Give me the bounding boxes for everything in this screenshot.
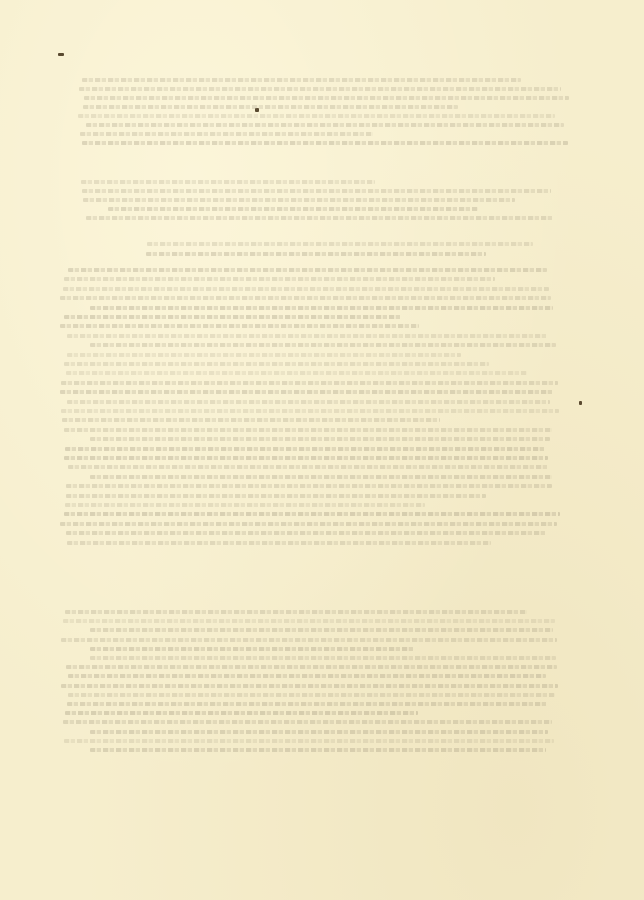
text-line	[62, 418, 440, 422]
text-line	[90, 475, 552, 479]
text-line	[61, 409, 559, 413]
text-line	[66, 494, 486, 498]
text-line	[64, 315, 401, 319]
ink-speck	[579, 401, 582, 405]
text-line	[65, 447, 545, 451]
text-line	[90, 730, 548, 734]
text-line	[64, 277, 495, 281]
text-line	[90, 628, 553, 632]
text-line	[67, 353, 461, 357]
text-line	[82, 189, 551, 193]
text-line	[64, 512, 560, 516]
text-line	[68, 674, 546, 678]
text-line	[68, 693, 555, 697]
text-line	[65, 610, 527, 614]
text-line	[64, 428, 552, 432]
text-line	[84, 96, 569, 100]
text-line	[83, 198, 515, 202]
text-line	[66, 531, 546, 535]
text-line	[86, 123, 564, 127]
text-line	[60, 296, 551, 300]
text-line	[63, 287, 549, 291]
text-line	[65, 711, 418, 715]
text-line	[61, 684, 558, 688]
text-line	[86, 216, 553, 220]
text-line	[68, 268, 547, 272]
text-line	[60, 390, 553, 394]
text-line	[67, 702, 548, 706]
text-line	[80, 132, 373, 136]
text-line	[108, 207, 478, 211]
text-line	[61, 638, 557, 642]
text-line	[63, 720, 552, 724]
text-line	[67, 334, 548, 338]
document-page: Text is faint mirror-image bleed-through…	[0, 0, 644, 900]
text-line	[66, 665, 557, 669]
text-line	[66, 371, 527, 375]
text-line	[79, 87, 561, 91]
text-line	[83, 105, 458, 109]
text-line	[90, 656, 556, 660]
text-line	[90, 437, 550, 441]
text-line	[67, 400, 550, 404]
text-line	[60, 522, 557, 526]
text-line	[90, 647, 414, 651]
text-line	[65, 503, 425, 507]
text-line	[82, 141, 568, 145]
text-line	[61, 381, 558, 385]
text-line	[67, 541, 491, 545]
text-line	[66, 484, 552, 488]
text-line	[90, 343, 556, 347]
text-line	[78, 114, 555, 118]
text-line	[147, 242, 533, 246]
text-line	[63, 619, 555, 623]
text-line	[64, 456, 548, 460]
text-line	[64, 362, 489, 366]
text-line	[146, 252, 486, 256]
text-line	[64, 739, 554, 743]
text-line	[60, 324, 419, 328]
corner-mark	[58, 53, 64, 56]
text-line	[90, 748, 546, 752]
text-line	[90, 306, 553, 310]
text-line	[82, 78, 521, 82]
text-line	[81, 180, 375, 184]
text-line	[68, 465, 548, 469]
